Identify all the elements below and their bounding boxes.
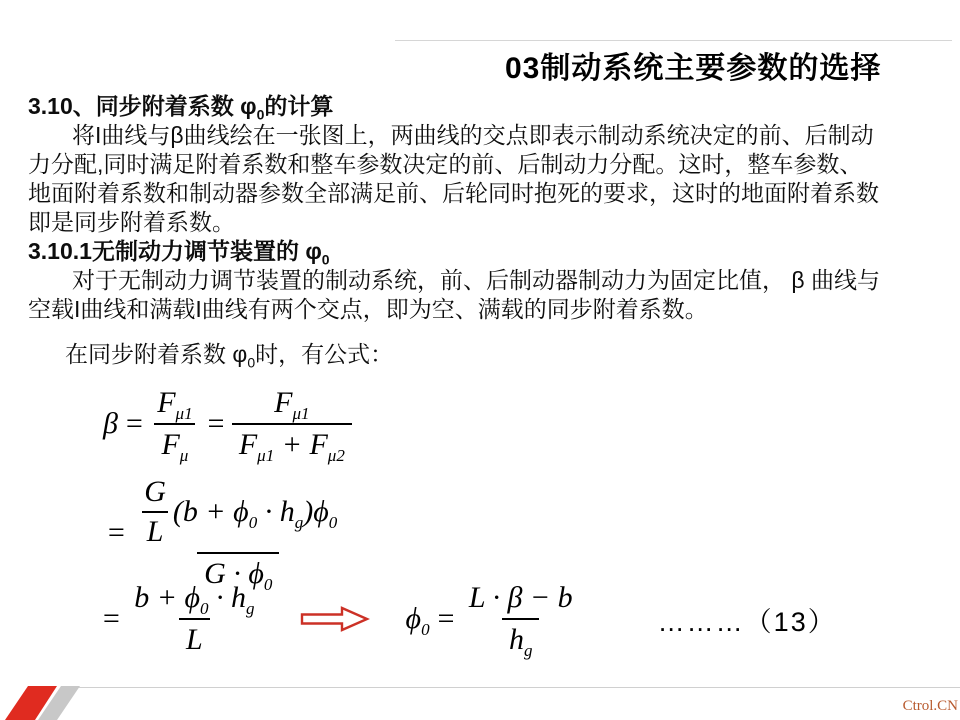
equals-sign: = <box>436 602 456 636</box>
fraction: b + ϕ0 · hg L <box>127 580 261 658</box>
paragraph-line: 地面附着系数和制动器参数全部满足前、后轮同时抱死的要求，这时的地面附着系数 <box>28 179 940 208</box>
paragraph-line: 将I曲线与β曲线绘在一张图上，两曲线的交点即表示制动系统决定的前、后制动 <box>28 121 940 150</box>
fraction: L · β − b hg <box>462 580 580 658</box>
corner-stripes-decoration <box>0 680 120 720</box>
formula-expanded: = G L (b + ϕ0 · hg)ϕ0 G · ϕ0 <box>100 474 344 592</box>
red-arrow-icon <box>300 605 370 633</box>
fraction: Fμ1 Fμ <box>150 385 199 463</box>
phi0-symbol: ϕ0 <box>406 602 430 636</box>
equation-number: ………（13） <box>658 600 837 639</box>
formula-result-row: = b + ϕ0 · hg L ϕ0 = L · β − b hg ………（13… <box>95 580 837 658</box>
paragraph-line: 空载I曲线和满载I曲线有两个交点，即为空、满载的同步附着系数。 <box>28 295 940 324</box>
equals-sign: = <box>101 602 121 636</box>
fraction: Fμ1 Fμ1 + Fμ2 <box>232 385 352 463</box>
title-divider <box>395 40 952 41</box>
watermark-text: Ctrol.CN <box>903 698 958 715</box>
section-heading-1: 3.10、同步附着系数 φ0的计算 <box>28 92 940 121</box>
paragraph-line: 即是同步附着系数。 <box>28 208 940 237</box>
fraction: G L (b + ϕ0 · hg)ϕ0 G · ϕ0 <box>132 474 344 592</box>
body-text: 3.10、同步附着系数 φ0的计算 将I曲线与β曲线绘在一张图上，两曲线的交点即… <box>28 92 940 324</box>
footer-divider <box>76 687 960 688</box>
beta-symbol: β <box>103 407 118 441</box>
equals-sign: = <box>124 407 144 441</box>
section-heading-2: 3.10.1无制动力调节装置的 φ0 <box>28 237 940 266</box>
paragraph-line: 对于无制动力调节装置的制动系统，前、后制动器制动力为固定比值， β 曲线与 <box>28 266 940 295</box>
formula-intro: 在同步附着系数 φ0时，有公式： <box>65 336 393 369</box>
formula-beta-definition: β = Fμ1 Fμ = Fμ1 Fμ1 + Fμ2 <box>103 385 352 463</box>
paragraph-line: 力分配,同时满足附着系数和整车参数决定的前、后制动力分配。这时，整车参数、 <box>28 150 940 179</box>
fraction-g-over-l: G L <box>139 475 171 549</box>
page-title: 03制动系统主要参数的选择 <box>505 43 881 87</box>
equals-sign: = <box>206 407 226 441</box>
equals-sign: = <box>106 516 126 550</box>
